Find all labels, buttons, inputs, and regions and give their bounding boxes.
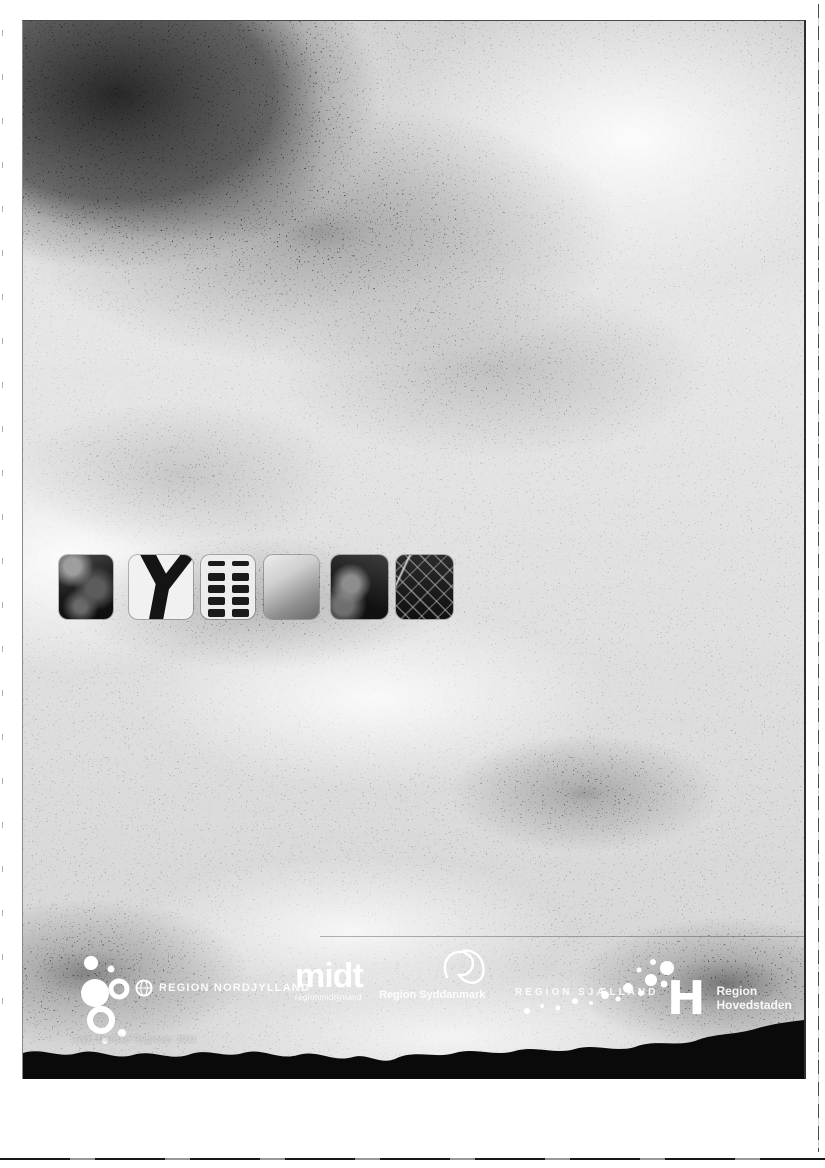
ticket-machine-thumbnail [331, 555, 388, 619]
cloud-gradient-backdrop [23, 21, 804, 1079]
sjaelland-dots-icon [515, 951, 675, 1017]
bottom-page-edge-line [0, 1158, 825, 1160]
region-hovedstaden-label: Region Hovedstaden [717, 979, 792, 1012]
scanned-back-cover-page: REGION NORDJYLLAND midt regionmidtjyllan… [0, 0, 825, 1168]
road-junction-icon [129, 555, 193, 619]
open-landscape-thumbnail [264, 555, 319, 619]
left-margin-scan-marks [2, 30, 3, 1040]
road-junction-aerial-thumbnail [129, 555, 193, 619]
treeline-silhouette [23, 1017, 804, 1079]
board-header-cell [232, 561, 249, 566]
region-syddanmark-logo: Region Syddanmark [379, 945, 489, 1007]
scan-artifact-line [320, 936, 804, 937]
right-margin-scan-line [818, 4, 819, 1152]
globe-icon [135, 979, 153, 997]
departure-board-column [208, 561, 225, 619]
hovedstaden-h-monogram: H [667, 979, 706, 1017]
region-nordjylland-label: REGION NORDJYLLAND [159, 982, 310, 994]
region-nordjylland-logo: REGION NORDJYLLAND [135, 979, 310, 997]
syddanmark-swirl-icon [437, 945, 489, 991]
region-hovedstaden-logo: H Region Hovedstaden [667, 979, 792, 1017]
board-header-cell [208, 561, 225, 566]
bus-photo-thumbnail [59, 555, 113, 619]
region-sjaelland-logo: REGION SJÆLLAND [515, 951, 675, 1017]
region-sjaelland-label: REGION SJÆLLAND [515, 987, 658, 998]
rail-crossing-grid-thumbnail [396, 555, 453, 619]
region-syddanmark-label: Region Syddanmark [379, 989, 485, 1001]
departure-board-thumbnail [201, 555, 255, 619]
departure-board-column [232, 561, 249, 619]
cloud-sky-photo: REGION NORDJYLLAND midt regionmidtjyllan… [22, 20, 806, 1079]
